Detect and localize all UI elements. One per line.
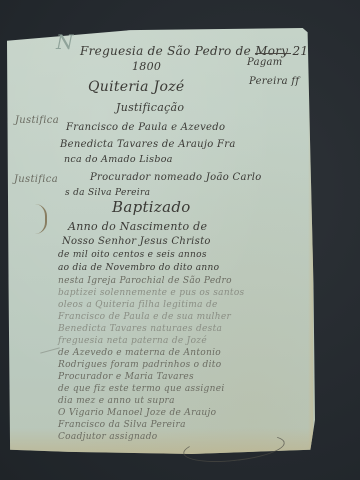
- section-title: Baptizado: [112, 198, 191, 216]
- top-corner-mark: N: [56, 30, 74, 54]
- body-line: Benedicta Tavares naturaes desta: [58, 324, 222, 334]
- margin-note: Justifica: [15, 115, 59, 126]
- subject-name: Quiteria Jozé: [88, 79, 184, 95]
- parents-line: nca do Amado Lisboa: [64, 154, 173, 165]
- header-underline: [255, 53, 291, 54]
- body-line: oleos a Quiteria filha legitima de: [58, 300, 218, 310]
- body-line: Francisco de Paula e de sua mulher: [58, 312, 231, 322]
- body-line: Rodrigues foram padrinhos o dito: [58, 360, 221, 370]
- body-line: ao dia de Novembro do dito anno: [58, 263, 219, 273]
- year: 1800: [132, 60, 161, 73]
- record-role: Justificação: [116, 101, 184, 114]
- place-line: Freguesia de São Pedro de Mory 21: [80, 44, 308, 58]
- body-line: baptizei solennemente e pus os santos: [58, 288, 244, 298]
- godparents-line: Procurador nomeado João Carlo: [90, 172, 262, 183]
- corner-note-signature: Pereira ff: [249, 76, 299, 87]
- body-line: dia mez e anno ut supra: [58, 396, 175, 406]
- body-line: de mil oito centos e seis annos: [58, 250, 207, 260]
- body-line: de que fiz este termo que assignei: [58, 384, 225, 394]
- body-line: Procurador e Maria Tavares: [58, 372, 194, 382]
- corner-note-paid: Pagam: [247, 57, 283, 68]
- body-line: O Vigario Manoel Joze de Araujo: [58, 408, 216, 418]
- body-line: freguesia neta paterna de Jozé: [58, 336, 207, 346]
- body-line: Nosso Senhor Jesus Christo: [62, 236, 211, 247]
- body-line: nesta Igreja Parochial de São Pedro: [58, 276, 232, 286]
- body-line: de Azevedo e materna de Antonio: [58, 348, 221, 358]
- scan-background: N Freguesia de São Pedro de Mory 21 1800…: [0, 0, 360, 480]
- body-line: Francisco da Silva Pereira: [58, 420, 186, 430]
- parents-line: Benedicta Tavares de Araujo Fra: [60, 139, 236, 150]
- body-line: Coadjutor assignado: [58, 432, 158, 442]
- paper-edge-stain: [308, 48, 313, 448]
- godparents-line: s da Silva Pereira: [65, 188, 150, 198]
- body-line: Anno do Nascimento de: [68, 220, 207, 233]
- parents-line: Francisco de Paula e Azevedo: [66, 122, 225, 133]
- margin-note: Justifica: [14, 174, 58, 185]
